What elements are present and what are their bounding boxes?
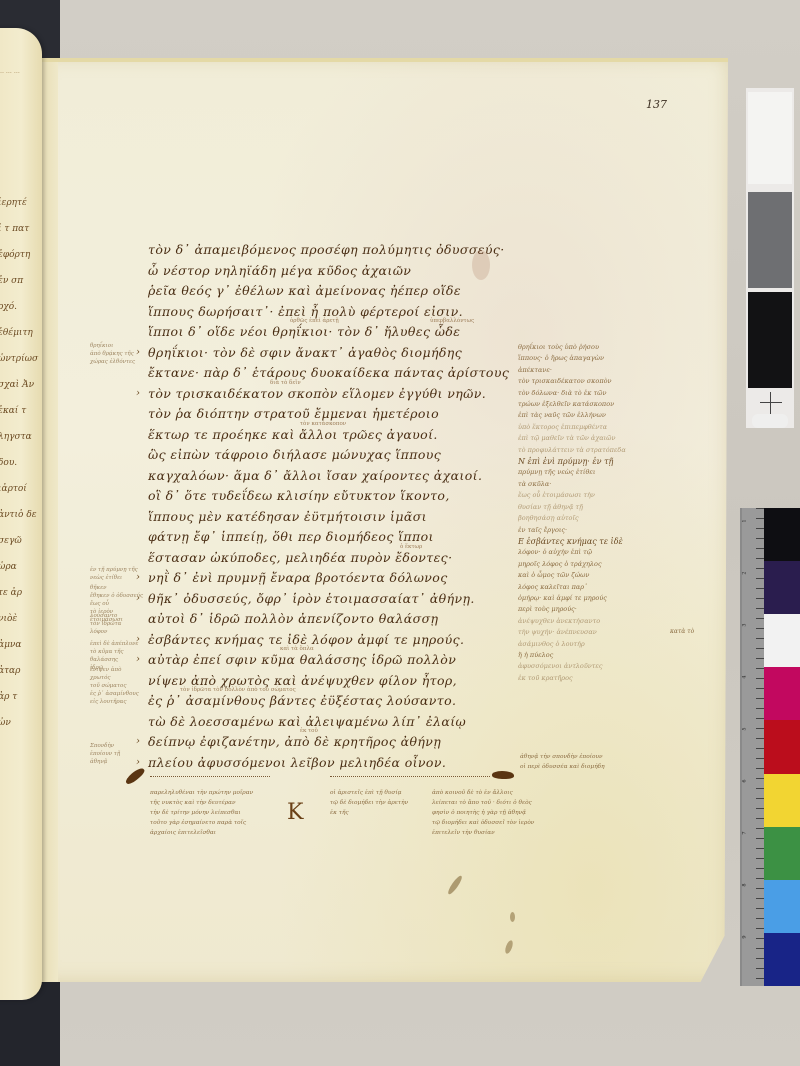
ruler-tick-label: 6 xyxy=(742,779,748,782)
right-scholion-line: περὶ τοὺς μηρούς· xyxy=(518,604,638,615)
right-scholion-line: ἐπὶ τὰς ναῦς τῶν ἑλλήνων xyxy=(518,410,638,421)
ruler-tick-label: 4 xyxy=(742,675,748,678)
verse-text: ὣς εἰπὼν τάφροιο διήλασε μώνυχας ἵππους xyxy=(148,447,441,462)
footer-scholion-line: τῷ διομήδει καὶ ὀδυσσεῖ τὸν ἱερὸν xyxy=(432,818,534,828)
facing-page-fragment: σχαὶ Ἀν xyxy=(0,380,34,390)
scholion-line: θῆκεν xyxy=(90,584,145,592)
left-scholion: Σπονδὴνἐποίουν τῇἀθηνᾷ xyxy=(90,742,145,766)
verse-line: οἳ δ᾿ ὅτε τυδεΐδεω κλισίην εὔτυκτον ἵκον… xyxy=(148,486,528,507)
verse-line: ἵππους μὲν κατέδησαν ἐϋτμήτοισιν ἱμᾶσι xyxy=(148,507,528,528)
scholion-line: λόφον xyxy=(90,628,145,636)
verse-text: ἐς ῥ᾿ ἀσαμίνθους βάντες ἐϋξέστας λούσαντ… xyxy=(148,693,456,708)
footer-scholion-line: παρεληλυθέναι τὴν πρώτην μοῖραν xyxy=(150,788,253,798)
facing-page-fragment: ἀρ τ xyxy=(0,692,17,702)
folio-gutter xyxy=(40,58,58,982)
footer-scholion-line: τὴν δὲ τρίτην μόνην λείπεσθαι xyxy=(150,808,253,818)
scholion-line: λούσαντο xyxy=(90,612,145,620)
facing-page-fragment: ρχό. xyxy=(0,302,17,312)
quire-signature: K xyxy=(287,800,303,825)
scholion-line: τὸν ἱδρῶτα xyxy=(90,620,145,628)
facing-page: … … …ἱερητέἰ τ πατἐφόρτηἐν σπρχό.ἑθέμιτη… xyxy=(0,28,42,1000)
scholion-line: Σπονδὴν xyxy=(90,742,145,750)
verse-line: ›δείπνῳ ἐφιζανέτην, ἀπὸ δὲ κρητῆρος ἀθήν… xyxy=(148,732,528,753)
verse-line: ἕστασαν ὠκύποδες, μελιηδέα πυρὸν ἔδοντες… xyxy=(148,548,528,569)
right-margin-note: κατὰ τὸ xyxy=(670,628,694,635)
verse-text: οἳ δ᾿ ὅτε τυδεΐδεω κλισίην εὔτυκτον ἵκον… xyxy=(148,488,450,503)
scholion-line: νεὼς ἐτίθει xyxy=(90,574,145,582)
verse-line: ›νηῒ δ᾿ ἐνὶ πρυμνῇ ἔναρα βροτόεντα δόλων… xyxy=(148,568,528,589)
verse-line: τὼ δὲ λοεσσαμένω καὶ ἀλειψαμένω λίπ᾿ ἐλα… xyxy=(148,712,528,733)
scholion-line: θρηΐκιοι xyxy=(90,342,145,350)
right-scholion-line: ὁμήρῳ· καὶ ἀμφί τε μηρούς xyxy=(518,593,638,604)
grey-patch-mid-grey xyxy=(748,192,792,288)
footer-scholia-left: παρεληλυθέναι τὴν πρώτην μοῖραντῆς νυκτὸ… xyxy=(150,788,253,838)
footer-scholia-right: ἀπὸ κοινοῦ δὲ τὸ ἐν ἄλλοιςλείπεται τὸ ἄπ… xyxy=(432,788,534,838)
footer-scholion-line: τῆς νυκτὸς καὶ τὴν δευτέραν xyxy=(150,798,253,808)
footer-scholion-line: τοῦτο γὰρ ἐσημαίνετο παρὰ τοῖς xyxy=(150,818,253,828)
facing-page-fragment: ἰ τ πατ xyxy=(0,224,29,234)
ruler-tick-label: 7 xyxy=(742,831,748,834)
right-scholion-line: ὑπὸ ἕκτορος ἐπιπεμφθέντα xyxy=(518,422,638,433)
right-scholion-line: λόφον· ὁ αὐχὴν ἐπὶ τῷ xyxy=(518,547,638,558)
greyscale-calibration-card xyxy=(746,88,794,428)
folio-number: 137 xyxy=(646,98,667,111)
footer-scholion-line: ἀρχαίοις ἐπιτελεῖσθαι xyxy=(150,828,253,838)
footer-scholion-line: ἐκ τῆς xyxy=(330,808,408,818)
right-scholion-line: ἐπὶ τῷ μαθεῖν τὰ τῶν ἀχαιῶν xyxy=(518,433,638,444)
verse-text: καγχαλόων· ἅμα δ᾿ ἄλλοι ἴσαν χαίροντες ἀ… xyxy=(148,468,482,483)
right-scholion-line: τὸν δόλωνα· διὰ τὸ ἐκ τῶν xyxy=(518,388,638,399)
verse-line: ἕκτωρ τε προέηκε καὶ ἄλλοι τρῶες ἀγαυοί. xyxy=(148,425,528,446)
scholion-line: ἔθηκεν ὁ ὀδυσσεύς xyxy=(90,592,145,600)
facing-page-fragment: ιἀρτοί xyxy=(0,484,27,494)
right-scholion-line: ἕως οὗ ἑτοιμάσωσι τὴν xyxy=(518,490,638,501)
verse-text: θρηΐκιοι· τὸν δὲ σφιν ἄνακτ᾿ ἀγαθὸς διομ… xyxy=(148,345,462,360)
tape-strip xyxy=(752,414,788,428)
right-margin-scholia: θρηΐκιοι τοὺς ὑπὸ ῥήσουἵππους· ὁ ἥρως ἀπ… xyxy=(518,342,638,684)
right-scholion-line: τὴν ψυχήν· ἀνέπνευσαν xyxy=(518,627,638,638)
interlinear-gloss: καὶ τὰ ὅπλα xyxy=(280,646,314,652)
verse-text: ἕστασαν ὠκύποδες, μελιηδέα πυρὸν ἔδοντες… xyxy=(148,550,452,565)
verse-marker: › xyxy=(136,384,140,405)
footer-scholion-line: ἀθηνᾷ τὴν σπονδὴν ἐποίουν xyxy=(520,752,605,762)
right-scholion-line: τὸν τρισκαιδέκατον σκοπὸν xyxy=(518,376,638,387)
facing-page-fragment: ἀταρ xyxy=(0,666,20,676)
verse-text: δείπνῳ ἐφιζανέτην, ἀπὸ δὲ κρητῆρος ἀθήνῃ xyxy=(148,734,441,749)
verse-text: αὐτὰρ ἐπεί σφιν κῦμα θαλάσσης ἱδρῶ πολλὸ… xyxy=(148,652,456,667)
verse-line: ›θῆκ᾿ ὀδυσσεύς, ὄφρ᾿ ἱρὸν ἑτοιμασσαίατ᾿ … xyxy=(148,589,528,610)
right-scholion-line: τὰ σκῦλα· xyxy=(518,479,638,490)
verse-text: τὸν τρισκαιδέκατον σκοπὸν εἵλομεν ἐγγύθι… xyxy=(148,386,486,401)
interlinear-gloss: ὀρθῶς ἐπεὶ ἀρετῇ xyxy=(290,318,339,324)
facing-page-fragment: ἐκαί τ xyxy=(0,406,26,416)
footer-divider-left xyxy=(150,776,270,777)
right-scholion-line: ἀπέκτανε· xyxy=(518,365,638,376)
color-swatch-light-blue xyxy=(764,880,800,933)
right-scholion-line: Ε ἐσβάντες κνήμας τε ἰδὲ xyxy=(518,536,638,547)
verse-text: νηῒ δ᾿ ἐνὶ πρυμνῇ ἔναρα βροτόεντα δόλωνο… xyxy=(148,570,448,585)
scholion-line: ἐπεὶ δὲ ἀπέπλυνε xyxy=(90,640,145,648)
color-swatch-red xyxy=(764,720,800,773)
footer-scholion-line: ἐπιτελεῖν τὴν θυσίαν xyxy=(432,828,534,838)
scholion-line: τοῦ σώματος xyxy=(90,682,145,690)
facing-page-fragment: νιὸὲ xyxy=(0,614,17,624)
footer-scholion-line: οἱ ἀριστεῖς ἐπὶ τῇ θυσίᾳ xyxy=(330,788,408,798)
verse-line: αὐτοὶ δ᾿ ἱδρῶ πολλὸν ἀπενίζοντο θαλάσσῃ xyxy=(148,609,528,630)
verse-text: ἵπποι δ᾿ οἵδε νέοι θρηΐκιοι· τὸν δ᾿ ἤλυθ… xyxy=(148,324,460,339)
scholion-line: ἐν τῇ πρύμνῃ τῆς xyxy=(90,566,145,574)
right-scholion-line: ἢ ἡ πύελος xyxy=(518,650,638,661)
verse-line: ›αὐτὰρ ἐπεί σφιν κῦμα θαλάσσης ἱδρῶ πολλ… xyxy=(148,650,528,671)
right-scholion-line: θρηΐκιοι τοὺς ὑπὸ ῥήσου xyxy=(518,342,638,353)
interlinear-gloss: τὸν ἱδρῶτα τὸν πολλὸν ἀπὸ τοῦ σώματος xyxy=(180,687,296,693)
verse-line: ἐς ῥ᾿ ἀσαμίνθους βάντες ἐϋξέστας λούσαντ… xyxy=(148,691,528,712)
right-scholion-line: ἀσάμινθος ὁ λουτήρ xyxy=(518,639,638,650)
verse-line: τὸν δ᾿ ἀπαμειβόμενος προσέφη πολύμητις ὀ… xyxy=(148,240,528,261)
right-scholion-line: καὶ ὁ ὦμος τῶν ζώων xyxy=(518,570,638,581)
facing-page-fragment: ἀμνα xyxy=(0,640,21,650)
right-scholion-line: μηροῖς λόφος ὁ τράχηλος xyxy=(518,559,638,570)
facing-page-fragment: ἐν σπ xyxy=(0,276,23,286)
right-scholion-line: Ν ἐπὶ ἐνὶ πρύμνῃ· ἐν τῇ xyxy=(518,456,638,467)
verse-line: ὦ νέστορ νηληϊάδη μέγα κῦδος ἀχαιῶν xyxy=(148,261,528,282)
right-scholion-line: θυσίαν τῇ ἀθηνᾷ τῇ xyxy=(518,502,638,513)
right-scholion-line: ἐκ τοῦ κρατῆρος xyxy=(518,673,638,684)
left-scholion: ἔνιψεν ἀπὸχρωτόςτοῦ σώματος xyxy=(90,666,145,690)
scholion-line: ἕως οὗ xyxy=(90,600,145,608)
interlinear-gloss: ἐκ τοῦ xyxy=(300,728,318,734)
verse-text: θῆκ᾿ ὀδυσσεύς, ὄφρ᾿ ἱρὸν ἑτοιμασσαίατ᾿ ἀ… xyxy=(148,591,475,606)
right-scholion-line: βοηθησάσῃ αὐτοῖς xyxy=(518,513,638,524)
facing-page-fragment: δου. xyxy=(0,458,17,468)
scholion-line: ἀθηνᾷ xyxy=(90,758,145,766)
verse-text: ἵππους δωρήσαιτ᾿· ἐπεὶ ἦ πολὺ φέρτεροί ε… xyxy=(148,304,463,319)
verse-text: αὐτοὶ δ᾿ ἱδρῶ πολλὸν ἀπενίζοντο θαλάσσῃ xyxy=(148,611,438,626)
footer-scholia-middle: οἱ ἀριστεῖς ἐπὶ τῇ θυσίᾳτῷ δὲ διομήδει τ… xyxy=(330,788,408,818)
scholion-line: χρωτός xyxy=(90,674,145,682)
color-swatch-yellow xyxy=(764,774,800,827)
verse-text: ἐσβάντες κνήμας τε ἰδὲ λόφον ἀμφί τε μηρ… xyxy=(148,632,464,647)
color-swatch-white xyxy=(764,614,800,667)
ruler-tick-label: 1 xyxy=(742,519,748,522)
verse-text: τὼ δὲ λοεσσαμένω καὶ ἀλειψαμένω λίπ᾿ ἐλα… xyxy=(148,714,466,729)
scholion-line: ἔνιψεν ἀπὸ xyxy=(90,666,145,674)
right-scholion-line: τρώων ἐξελθεῖν κατάσκοπον xyxy=(518,399,638,410)
folio-top-edge xyxy=(40,58,728,62)
color-swatch-navy xyxy=(764,933,800,986)
crosshair-icon xyxy=(770,392,771,414)
footer-scholion-line: τῷ δὲ διομήδει τὴν ἀρετὴν xyxy=(330,798,408,808)
right-scholion-line: ἀνέψυχθεν ἀνεκτήσαντο xyxy=(518,616,638,627)
verse-text: ἔκτανε· πὰρ δ᾿ ἑτάρους δυοκαίδεκα πάντας… xyxy=(148,365,509,380)
color-swatch-magenta xyxy=(764,667,800,720)
scholion-line: ἀπὸ θρᾴκης τῆς xyxy=(90,350,145,358)
facing-page-fragment: σεγῶ xyxy=(0,536,22,546)
footer-scholion-line: φησὶν ὁ ποιητὴς ἡ γὰρ τῇ ἀθηνᾷ xyxy=(432,808,534,818)
ruler-tick-label: 2 xyxy=(742,571,748,574)
scholion-line: χώρας ἐλθόντες xyxy=(90,358,145,366)
interlinear-gloss: τὸν κατάσκοπον xyxy=(300,421,346,427)
facing-page-fragment: ἱερητέ xyxy=(0,198,27,208)
verse-line: φάτνῃ ἔφ᾿ ἱππείῃ, ὅθι περ διομήδεος ἵππο… xyxy=(148,527,528,548)
scholion-line: τὸ κῦμα τῆς θαλάσσης xyxy=(90,648,145,664)
ruler-scale xyxy=(742,508,764,986)
grey-patch-white xyxy=(748,92,792,184)
verse-text: τὸν ῥα διόπτην στρατοῦ ἔμμεναι ἡμετέροιο xyxy=(148,406,439,421)
verse-line: ›πλείου ἀφυσσόμενοι λεῖβον μελιηδέα οἶνο… xyxy=(148,753,528,774)
verse-text: ῥεῖα θεός γ᾿ ἐθέλων καὶ ἀμείνονας ἠέπερ … xyxy=(148,283,461,298)
color-calibration-card: 123456789 xyxy=(740,508,800,986)
ink-flourish-right xyxy=(492,771,514,779)
right-scholion-line: ἀφυσσόμενοι ἀντλοῦντες xyxy=(518,661,638,672)
verse-line: ›θρηΐκιοι· τὸν δὲ σφιν ἄνακτ᾿ ἀγαθὸς διο… xyxy=(148,343,528,364)
grey-patch-black xyxy=(748,292,792,388)
verse-line: ὣς εἰπὼν τάφροιο διήλασε μώνυχας ἵππους xyxy=(148,445,528,466)
facing-page-fragment: ἑθέμιτη xyxy=(0,328,33,338)
facing-page-fragment: ληγστα xyxy=(0,432,32,442)
footer-scholion-line: ἀπὸ κοινοῦ δὲ τὸ ἐν ἄλλοις xyxy=(432,788,534,798)
ruler-tick-label: 9 xyxy=(742,935,748,938)
footer-divider-right xyxy=(330,776,490,777)
color-swatch-green xyxy=(764,827,800,880)
verse-text: πλείου ἀφυσσόμενοι λεῖβον μελιηδέα οἶνον… xyxy=(148,755,446,770)
left-scholion: ἐς ῥ᾿ ἀσαμίνθουςεἰς λουτῆρας xyxy=(90,690,145,706)
verse-text: τὸν δ᾿ ἀπαμειβόμενος προσέφη πολύμητις ὀ… xyxy=(148,242,505,257)
verse-text: νίψεν ἀπὸ χρωτὸς καὶ ἀνέψυχθεν φίλον ἦτο… xyxy=(148,673,457,688)
verse-line: ›ἐσβάντες κνήμας τε ἰδὲ λόφον ἀμφί τε μη… xyxy=(148,630,528,651)
footer-scholia-far-right: ἀθηνᾷ τὴν σπονδὴν ἐποίουνοἱ περὶ ὀδυσσέα… xyxy=(520,752,605,772)
verse-text: ὦ νέστορ νηληϊάδη μέγα κῦδος ἀχαιῶν xyxy=(148,263,411,278)
verse-text: φάτνῃ ἔφ᾿ ἱππείῃ, ὅθι περ διομήδεος ἵππο… xyxy=(148,529,434,544)
scholion-line: ἐποίουν τῇ xyxy=(90,750,145,758)
interlinear-gloss: ὑπερβαλλόντως xyxy=(430,318,474,324)
color-swatch-black xyxy=(764,508,800,561)
facing-page-fragment: ὠν xyxy=(0,718,11,728)
scholion-line: ἐς ῥ᾿ ἀσαμίνθους xyxy=(90,690,145,698)
interlinear-gloss: ὁ ἕκτωρ xyxy=(400,544,422,550)
left-scholion: λούσαντοτὸν ἱδρῶταλόφον xyxy=(90,612,145,636)
footer-scholion-line: λείπεται τὸ ἄπο τοῦ · διότι ὁ θεὸς xyxy=(432,798,534,808)
color-swatch-dark-violet xyxy=(764,561,800,614)
facing-page-fragment: ὡρα xyxy=(0,562,17,572)
right-scholion-line: ἵππους· ὁ ἥρως ἀπαγαγὼν xyxy=(518,353,638,364)
facing-page-fragment: τε ἀρ xyxy=(0,588,22,598)
footer-scholion-line: οἱ περὶ ὀδυσσέα καὶ διομήδη xyxy=(520,762,605,772)
facing-page-fragment: ἀντιὁ δε xyxy=(0,510,37,520)
right-scholion-line: λόφος καλεῖται παρ᾿ xyxy=(518,582,638,593)
verse-text: ἕκτωρ τε προέηκε καὶ ἄλλοι τρῶες ἀγαυοί. xyxy=(148,427,438,442)
foxing-stain xyxy=(472,250,490,280)
ruler-tick-label: 8 xyxy=(742,883,748,886)
right-scholion-line: ἐν ταῖς ἔργοις· xyxy=(518,525,638,536)
verse-text: ἵππους μὲν κατέδησαν ἐϋτμήτοισιν ἱμᾶσι xyxy=(148,509,427,524)
crosshair-icon xyxy=(760,402,782,403)
right-scholion-line: πρύμνῃ τῆς νεὼς ἐτίθει xyxy=(518,467,638,478)
verse-line: ἔκτανε· πὰρ δ᾿ ἑτάρους δυοκαίδεκα πάντας… xyxy=(148,363,528,384)
facing-page-gloss: … … … xyxy=(0,68,20,75)
ink-stain xyxy=(510,912,515,922)
verse-line: ἵπποι δ᾿ οἵδε νέοι θρηΐκιοι· τὸν δ᾿ ἤλυθ… xyxy=(148,322,528,343)
verse-line: ›τὸν τρισκαιδέκατον σκοπὸν εἵλομεν ἐγγύθ… xyxy=(148,384,528,405)
interlinear-gloss: διὰ τὸ δεῖν xyxy=(270,380,301,386)
facing-page-fragment: ἐφόρτη xyxy=(0,250,30,260)
ruler-tick-label: 5 xyxy=(742,727,748,730)
left-scholion: θρηΐκιοιἀπὸ θρᾴκης τῆςχώρας ἐλθόντες xyxy=(90,342,145,366)
ruler-tick-label: 3 xyxy=(742,623,748,626)
facing-page-fragment: ὡντρίωσ xyxy=(0,354,38,364)
scholion-line: εἰς λουτῆρας xyxy=(90,698,145,706)
verse-line: ῥεῖα θεός γ᾿ ἐθέλων καὶ ἀμείνονας ἠέπερ … xyxy=(148,281,528,302)
verse-line: καγχαλόων· ἅμα δ᾿ ἄλλοι ἴσαν χαίροντες ἀ… xyxy=(148,466,528,487)
right-scholion-line: τὸ προφυλάττειν τὰ στρατόπεδα xyxy=(518,445,638,456)
left-scholion: ἐν τῇ πρύμνῃ τῆςνεὼς ἐτίθει xyxy=(90,566,145,582)
